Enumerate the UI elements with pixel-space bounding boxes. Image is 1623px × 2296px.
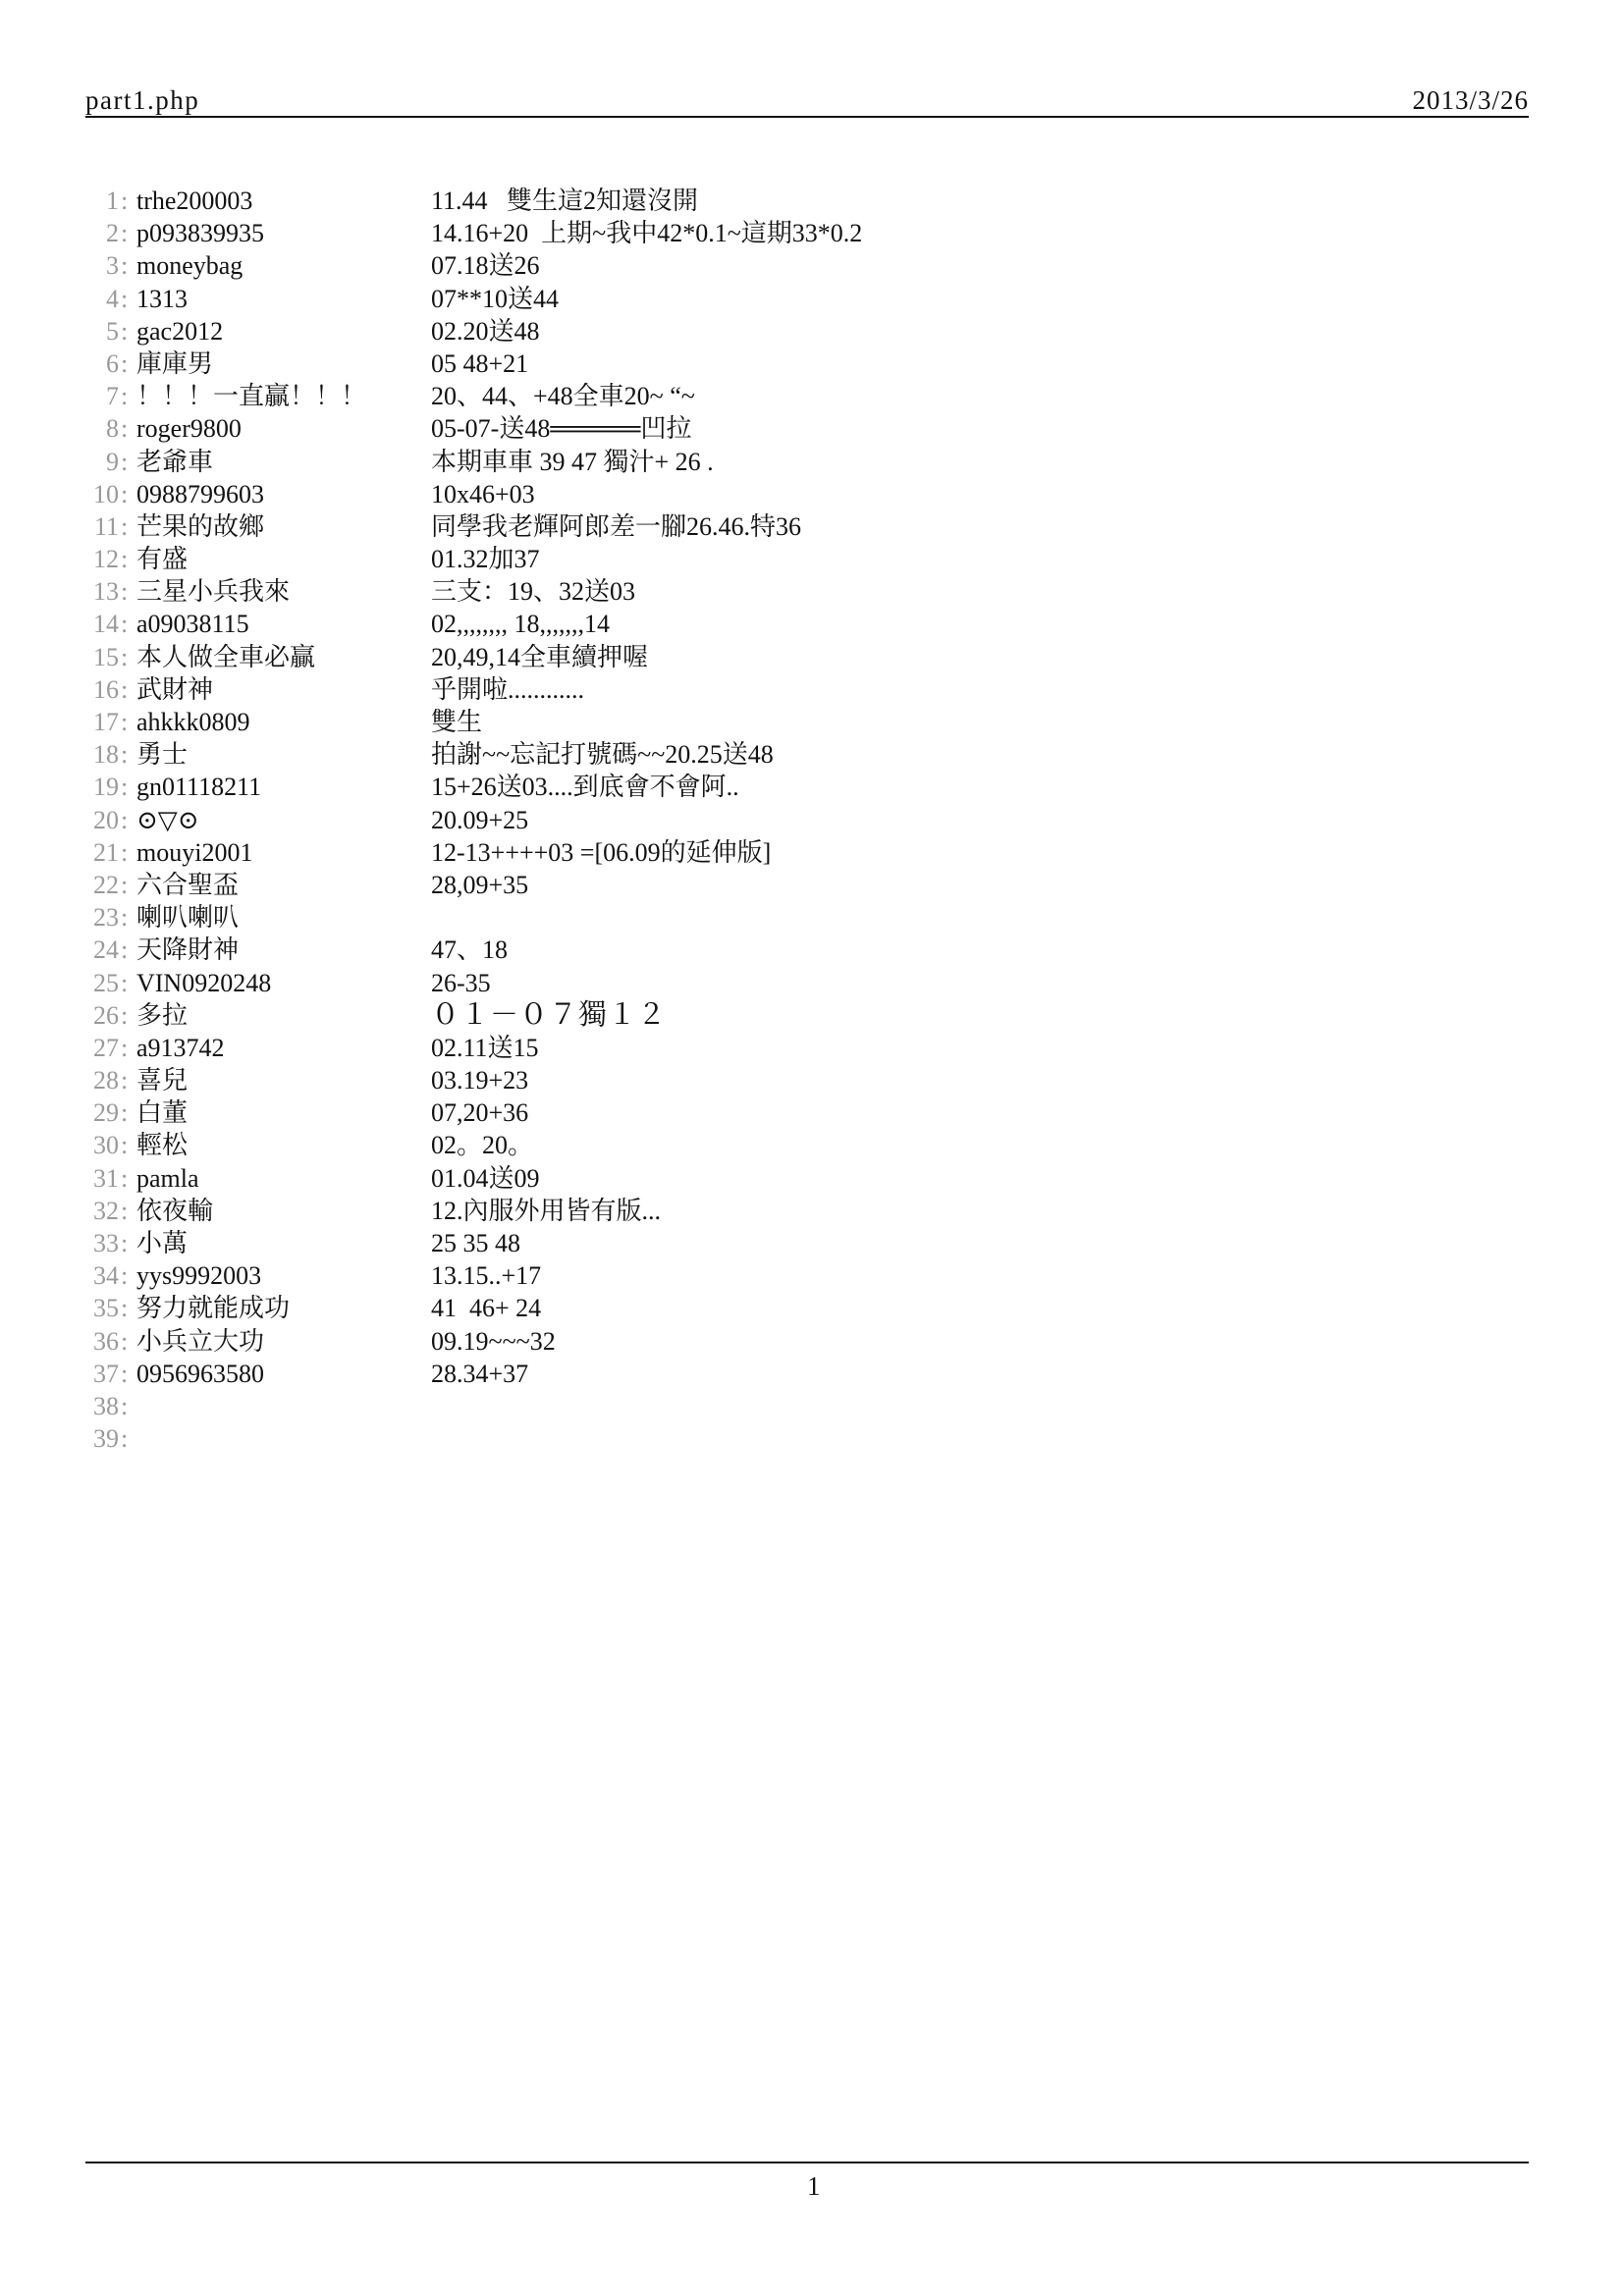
- line-number: 38: [85, 1390, 119, 1422]
- line-number-separator: :: [119, 967, 136, 999]
- line-number-separator: :: [119, 1032, 136, 1064]
- line-number: 8: [85, 412, 119, 445]
- line-number: 14: [85, 608, 119, 640]
- listing-row: 7:！！！一直贏！！！20、44、+48全車20~ “~: [85, 380, 1529, 412]
- entry-value: 02,,,,,,,, 18,,,,,,,14: [431, 608, 1529, 640]
- listing-row: 4:131307**10送44: [85, 283, 1529, 315]
- listing-row: 9:老爺車本期車車 39 47 獨汁+ 26 .: [85, 446, 1529, 478]
- entry-value: 25 35 48: [431, 1227, 1529, 1259]
- entry-value: 同學我老輝阿郎差一腳26.46.特36: [431, 510, 1529, 543]
- line-number-separator: :: [119, 315, 136, 347]
- header-filename: part1.php: [85, 87, 199, 114]
- line-number-separator: :: [119, 804, 136, 836]
- line-number-separator: :: [119, 217, 136, 249]
- line-number-separator: :: [119, 185, 136, 217]
- listing-row: 35:努力就能成功41 46+ 24: [85, 1292, 1529, 1324]
- entry-value: 26-35: [431, 967, 1529, 999]
- entry-username: 老爺車: [136, 446, 431, 478]
- entry-username: 三星小兵我來: [136, 575, 431, 608]
- line-number-separator: :: [119, 608, 136, 640]
- line-number: 7: [85, 380, 119, 412]
- line-number-separator: :: [119, 1162, 136, 1195]
- line-number-separator: :: [119, 771, 136, 803]
- line-number: 25: [85, 967, 119, 999]
- entry-username: 0956963580: [136, 1358, 431, 1390]
- line-number: 11: [85, 510, 119, 543]
- entry-value: 47、18: [431, 934, 1529, 966]
- listing-row: 17:ahkkk0809雙生: [85, 706, 1529, 738]
- page-header: part1.php 2013/3/26: [85, 86, 1529, 118]
- listing-row: 5:gac201202.20送48: [85, 315, 1529, 347]
- code-listing: 1:trhe20000311.44 雙生這2知還沒開2:p09383993514…: [85, 185, 1529, 1455]
- entry-value: 20.09+25: [431, 804, 1529, 836]
- entry-value: 本期車車 39 47 獨汁+ 26 .: [431, 446, 1529, 478]
- line-number: 24: [85, 934, 119, 966]
- entry-value: 28,09+35: [431, 869, 1529, 901]
- entry-value: 14.16+20 上期~我中42*0.1~這期33*0.2: [431, 217, 1529, 249]
- listing-row: 33:小萬25 35 48: [85, 1227, 1529, 1259]
- entry-username: VIN0920248: [136, 967, 431, 999]
- listing-row: 15:本人做全車必贏20,49,14全車續押喔: [85, 641, 1529, 673]
- line-number-separator: :: [119, 347, 136, 380]
- listing-row: 18:勇士拍謝~~忘記打號碼~~20.25送48: [85, 738, 1529, 771]
- listing-row: 34:yys999200313.15..+17: [85, 1259, 1529, 1292]
- entry-username: 小萬: [136, 1227, 431, 1259]
- entry-value: 雙生: [431, 706, 1529, 738]
- line-number: 4: [85, 283, 119, 315]
- line-number: 10: [85, 478, 119, 510]
- entry-value: ０１－０７獨１２: [431, 999, 1529, 1032]
- entry-username: 輕松: [136, 1129, 431, 1161]
- entry-value: 02。20。: [431, 1129, 1529, 1161]
- entry-username: 庫庫男: [136, 347, 431, 380]
- listing-row: 27:a91374202.11送15: [85, 1032, 1529, 1064]
- entry-username: yys9992003: [136, 1259, 431, 1292]
- line-number: 6: [85, 347, 119, 380]
- line-number: 9: [85, 446, 119, 478]
- entry-username: p093839935: [136, 217, 431, 249]
- entry-value: 01.32加37: [431, 543, 1529, 575]
- line-number-separator: :: [119, 283, 136, 315]
- line-number: 26: [85, 999, 119, 1032]
- entry-value: 13.15..+17: [431, 1259, 1529, 1292]
- line-number-separator: :: [119, 738, 136, 771]
- entry-username: 1313: [136, 283, 431, 315]
- line-number-separator: :: [119, 575, 136, 608]
- entry-value: 09.19~~~32: [431, 1325, 1529, 1358]
- line-number-separator: :: [119, 1227, 136, 1259]
- entry-value: 02.20送48: [431, 315, 1529, 347]
- entry-value: 乎開啦............: [431, 673, 1529, 706]
- entry-username: 依夜輸: [136, 1195, 431, 1227]
- line-number-separator: :: [119, 869, 136, 901]
- entry-value: 05-07-送48═════凹拉: [431, 412, 1529, 445]
- entry-username: a09038115: [136, 608, 431, 640]
- line-number-separator: :: [119, 1390, 136, 1422]
- listing-row: 6:庫庫男05 48+21: [85, 347, 1529, 380]
- line-number-separator: :: [119, 510, 136, 543]
- line-number-separator: :: [119, 1259, 136, 1292]
- entry-username: pamla: [136, 1162, 431, 1195]
- entry-username: 喜兒: [136, 1064, 431, 1096]
- entry-value: 12-13++++03 =[06.09的延伸版]: [431, 836, 1529, 869]
- listing-row: 2:p09383993514.16+20 上期~我中42*0.1~這期33*0.…: [85, 217, 1529, 249]
- line-number-separator: :: [119, 1358, 136, 1390]
- line-number: 34: [85, 1259, 119, 1292]
- line-number-separator: :: [119, 380, 136, 412]
- entry-value: 三支：19、32送03: [431, 575, 1529, 608]
- entry-value: 03.19+23: [431, 1064, 1529, 1096]
- entry-username: 天降財神: [136, 934, 431, 966]
- entry-value: 28.34+37: [431, 1358, 1529, 1390]
- listing-row: 37:095696358028.34+37: [85, 1358, 1529, 1390]
- listing-row: 24:天降財神47、18: [85, 934, 1529, 966]
- line-number: 29: [85, 1096, 119, 1129]
- listing-row: 25:VIN092024826-35: [85, 967, 1529, 999]
- entry-value: 07**10送44: [431, 283, 1529, 315]
- listing-row: 16:武財神乎開啦............: [85, 673, 1529, 706]
- header-date: 2013/3/26: [1412, 87, 1529, 114]
- line-number-separator: :: [119, 706, 136, 738]
- line-number-separator: :: [119, 249, 136, 282]
- line-number-separator: :: [119, 673, 136, 706]
- entry-username: 多拉: [136, 999, 431, 1032]
- line-number: 19: [85, 771, 119, 803]
- line-number: 36: [85, 1325, 119, 1358]
- line-number: 5: [85, 315, 119, 347]
- page-footer: 1: [85, 2162, 1529, 2163]
- entry-username: trhe200003: [136, 185, 431, 217]
- entry-username: 小兵立大功: [136, 1325, 431, 1358]
- line-number: 28: [85, 1064, 119, 1096]
- entry-username: 武財神: [136, 673, 431, 706]
- line-number-separator: :: [119, 641, 136, 673]
- entry-username: 0988799603: [136, 478, 431, 510]
- line-number: 32: [85, 1195, 119, 1227]
- line-number: 2: [85, 217, 119, 249]
- entry-value: 05 48+21: [431, 347, 1529, 380]
- line-number-separator: :: [119, 446, 136, 478]
- listing-row: 21:mouyi200112-13++++03 =[06.09的延伸版]: [85, 836, 1529, 869]
- line-number: 33: [85, 1227, 119, 1259]
- listing-row: 10:098879960310x46+03: [85, 478, 1529, 510]
- listing-row: 29:白董07,20+36: [85, 1096, 1529, 1129]
- line-number-separator: :: [119, 478, 136, 510]
- entry-username: ⊙▽⊙: [136, 804, 431, 836]
- entry-username: 六合聖盃: [136, 869, 431, 901]
- entry-username: ！！！一直贏！！！: [136, 380, 431, 412]
- line-number: 15: [85, 641, 119, 673]
- entry-value: 07.18送26: [431, 249, 1529, 282]
- entry-value: 12.內服外用皆有版...: [431, 1195, 1529, 1227]
- line-number-separator: :: [119, 1195, 136, 1227]
- line-number: 22: [85, 869, 119, 901]
- line-number: 17: [85, 706, 119, 738]
- entry-username: 喇叭喇叭: [136, 901, 431, 934]
- listing-row: 1:trhe20000311.44 雙生這2知還沒開: [85, 185, 1529, 217]
- listing-row: 23:喇叭喇叭: [85, 901, 1529, 934]
- entry-value: 07,20+36: [431, 1096, 1529, 1129]
- line-number: 13: [85, 575, 119, 608]
- listing-row: 20:⊙▽⊙20.09+25: [85, 804, 1529, 836]
- listing-row: 13:三星小兵我來三支：19、32送03: [85, 575, 1529, 608]
- line-number-separator: :: [119, 934, 136, 966]
- entry-value: 01.04送09: [431, 1162, 1529, 1195]
- listing-row: 36:小兵立大功09.19~~~32: [85, 1325, 1529, 1358]
- entry-value: 02.11送15: [431, 1032, 1529, 1064]
- line-number-separator: :: [119, 1422, 136, 1455]
- line-number-separator: :: [119, 1325, 136, 1358]
- line-number: 35: [85, 1292, 119, 1324]
- line-number: 30: [85, 1129, 119, 1161]
- entry-username: 芒果的故鄉: [136, 510, 431, 543]
- entry-value: 拍謝~~忘記打號碼~~20.25送48: [431, 738, 1529, 771]
- entry-username: gn01118211: [136, 771, 431, 803]
- listing-row: 38:: [85, 1390, 1529, 1422]
- line-number: 16: [85, 673, 119, 706]
- line-number: 37: [85, 1358, 119, 1390]
- listing-row: 11:芒果的故鄉同學我老輝阿郎差一腳26.46.特36: [85, 510, 1529, 543]
- entry-value: 20、44、+48全車20~ “~: [431, 380, 1529, 412]
- line-number-separator: :: [119, 1292, 136, 1324]
- line-number: 12: [85, 543, 119, 575]
- entry-value: 41 46+ 24: [431, 1292, 1529, 1324]
- entry-username: mouyi2001: [136, 836, 431, 869]
- listing-row: 19:gn0111821115+26送03....到底會不會阿..: [85, 771, 1529, 803]
- line-number: 23: [85, 901, 119, 934]
- line-number: 27: [85, 1032, 119, 1064]
- line-number: 39: [85, 1422, 119, 1455]
- line-number-separator: :: [119, 1064, 136, 1096]
- entry-username: 勇士: [136, 738, 431, 771]
- entry-username: a913742: [136, 1032, 431, 1064]
- listing-row: 22:六合聖盃28,09+35: [85, 869, 1529, 901]
- entry-username: roger9800: [136, 412, 431, 445]
- line-number-separator: :: [119, 1129, 136, 1161]
- line-number: 20: [85, 804, 119, 836]
- line-number: 21: [85, 836, 119, 869]
- listing-row: 31:pamla01.04送09: [85, 1162, 1529, 1195]
- line-number-separator: :: [119, 999, 136, 1032]
- line-number-separator: :: [119, 1096, 136, 1129]
- line-number: 1: [85, 185, 119, 217]
- entry-username: 有盛: [136, 543, 431, 575]
- entry-username: 本人做全車必贏: [136, 641, 431, 673]
- line-number: 3: [85, 249, 119, 282]
- line-number-separator: :: [119, 543, 136, 575]
- listing-row: 28:喜兒03.19+23: [85, 1064, 1529, 1096]
- entry-username: 努力就能成功: [136, 1292, 431, 1324]
- line-number: 31: [85, 1162, 119, 1195]
- line-number-separator: :: [119, 836, 136, 869]
- entry-value: 10x46+03: [431, 478, 1529, 510]
- listing-row: 14:a0903811502,,,,,,,, 18,,,,,,,14: [85, 608, 1529, 640]
- entry-value: 15+26送03....到底會不會阿..: [431, 771, 1529, 803]
- line-number: 18: [85, 738, 119, 771]
- listing-row: 26:多拉０１－０７獨１２: [85, 999, 1529, 1032]
- entry-username: ahkkk0809: [136, 706, 431, 738]
- listing-row: 12:有盛01.32加37: [85, 543, 1529, 575]
- listing-row: 8:roger980005-07-送48═════凹拉: [85, 412, 1529, 445]
- entry-username: 白董: [136, 1096, 431, 1129]
- listing-row: 39:: [85, 1422, 1529, 1455]
- entry-value: 11.44 雙生這2知還沒開: [431, 185, 1529, 217]
- entry-value: 20,49,14全車續押喔: [431, 641, 1529, 673]
- listing-row: 30:輕松02。20。: [85, 1129, 1529, 1161]
- listing-row: 32:依夜輸12.內服外用皆有版...: [85, 1195, 1529, 1227]
- line-number-separator: :: [119, 412, 136, 445]
- line-number-separator: :: [119, 901, 136, 934]
- page-number: 1: [807, 2173, 821, 2200]
- listing-row: 3:moneybag07.18送26: [85, 249, 1529, 282]
- entry-username: gac2012: [136, 315, 431, 347]
- entry-username: moneybag: [136, 249, 431, 282]
